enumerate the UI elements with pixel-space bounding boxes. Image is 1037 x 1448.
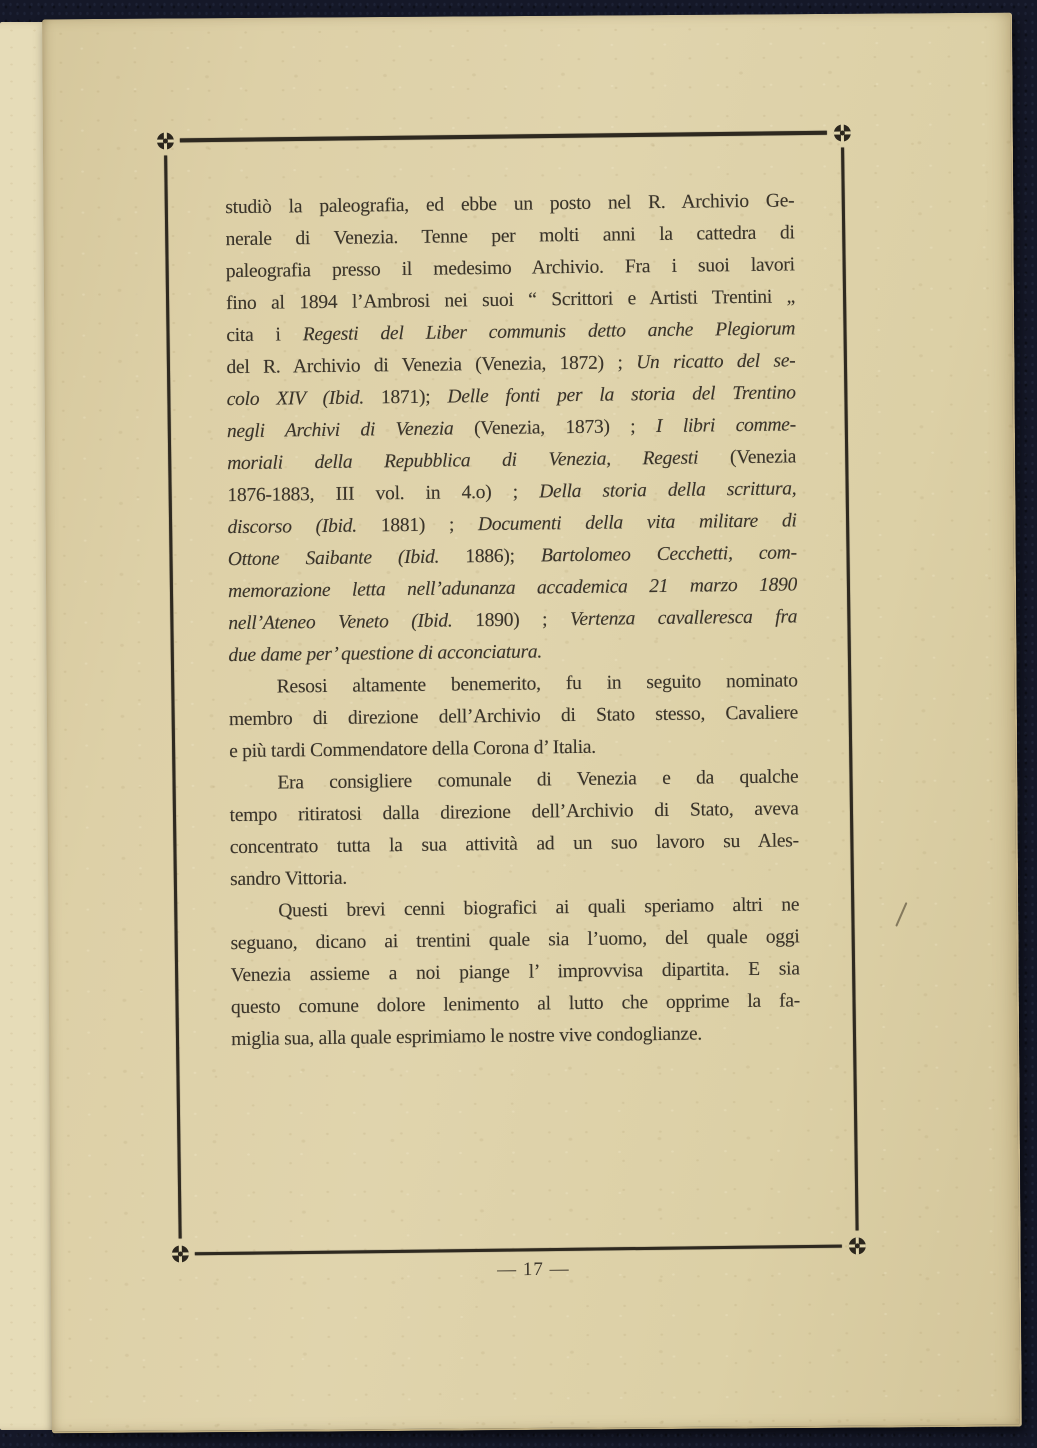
- text-segment: nerale di Venezia. Tenne per molti anni …: [226, 222, 795, 250]
- text-segment: 1886);: [439, 545, 541, 567]
- text-line: miglia sua, alla quale esprimiamo le nos…: [231, 1017, 800, 1056]
- text-segment: Era consigliere comunale di Venezia e da…: [277, 766, 798, 793]
- italic-text-segment: nell’Ateneo Veneto (Ibid.: [228, 610, 452, 634]
- italic-text-segment: Ottone Saibante (Ibid.: [228, 547, 440, 571]
- italic-text-segment: due dame per’ questione di acconciatura.: [228, 641, 542, 666]
- text-segment: miglia sua, alla quale esprimiamo le nos…: [231, 1024, 702, 1051]
- italic-text-segment: Documenti della vita militare di: [478, 510, 797, 535]
- text-line: concentrato tutta la sua attività ad un …: [230, 825, 799, 864]
- text-segment: Questi brevi cenni biografici ai quali s…: [278, 894, 799, 921]
- text-segment: membro di direzione dell’Archivio di Sta…: [229, 702, 798, 730]
- text-segment: studiò la paleografia, ed ebbe un posto …: [225, 190, 794, 218]
- text-segment: Resosi altamente benemerito, fu in segui…: [277, 670, 798, 697]
- text-segment: tempo ritiratosi dalla direzione dell’Ar…: [230, 798, 799, 826]
- text-segment: e più tardi Commendatore della Corona d’…: [229, 737, 596, 762]
- body-paragraph: Era consigliere comunale di Venezia e da…: [229, 761, 799, 896]
- text-segment: seguano, dicano ai trentini quale sia l’…: [230, 926, 799, 954]
- italic-text-segment: Bartolomeo Cecchetti, com-: [541, 542, 797, 566]
- italic-text-segment: discorso (Ibid.: [228, 516, 357, 539]
- text-segment: (Venezia: [698, 446, 796, 468]
- text-segment: cita i: [226, 324, 303, 346]
- italic-text-segment: Regesti del Liber communis detto anche P…: [303, 318, 796, 345]
- corner-rosette-icon: [156, 132, 173, 149]
- page-number: — 17 —: [173, 1255, 872, 1285]
- text-segment: 1876-1883, III vol. in 4.o) ;: [227, 481, 539, 506]
- corner-rosette-icon: [833, 124, 850, 141]
- italic-text-segment: negli Archivi di Venezia: [227, 418, 454, 442]
- italic-text-segment: memorazione letta nell’adunanza accademi…: [228, 574, 797, 602]
- text-segment: concentrato tutta la sua attività ad un …: [230, 830, 799, 858]
- stray-mark: [895, 902, 907, 927]
- text-block: studiò la paleografia, ed ebbe un posto …: [225, 185, 800, 1056]
- italic-text-segment: moriali della Repubblica di Venezia, Reg…: [227, 448, 698, 475]
- body-paragraph: studiò la paleografia, ed ebbe un posto …: [225, 185, 797, 672]
- corner-rosette-icon: [171, 1245, 188, 1262]
- text-line: membro di direzione dell’Archivio di Sta…: [229, 697, 798, 736]
- italic-text-segment: I libri comme-: [656, 414, 796, 437]
- text-segment: 1881) ;: [357, 514, 478, 536]
- frame-rule-top: [180, 131, 827, 142]
- text-segment: fino al 1894 l’Ambrosi nei suoi “ Scritt…: [226, 286, 795, 314]
- text-line: questo comune dolore lenimento al lutto …: [231, 985, 800, 1024]
- italic-text-segment: Vertenza cavalleresca fra: [570, 606, 797, 630]
- text-segment: (Venezia, 1873) ;: [453, 416, 656, 439]
- book-page: studiò la paleografia, ed ebbe un posto …: [42, 13, 1022, 1434]
- text-segment: paleografia presso il medesimo Archivio.…: [226, 254, 795, 282]
- frame-rule-left: [164, 156, 182, 1239]
- corner-rosette-icon: [848, 1237, 865, 1254]
- text-line: nell’Ateneo Veneto (Ibid. 1890) ; Verten…: [228, 601, 797, 640]
- italic-text-segment: Della storia della scrittura,: [539, 478, 796, 502]
- scanned-book-photo: studiò la paleografia, ed ebbe un posto …: [0, 0, 1037, 1448]
- frame-rule-bottom: [195, 1244, 842, 1255]
- frame-rule-right: [841, 147, 859, 1230]
- text-segment: sandro Vittoria.: [230, 868, 347, 890]
- text-segment: 1890) ;: [452, 609, 570, 631]
- italic-text-segment: Delle fonti per la storia del Trentino: [447, 382, 795, 407]
- text-segment: questo comune dolore lenimento al lutto …: [231, 990, 800, 1018]
- text-segment: 1871);: [364, 387, 448, 409]
- italic-text-segment: colo XIV (Ibid.: [227, 387, 364, 410]
- text-segment: del R. Archivio di Venezia (Venezia, 187…: [226, 352, 636, 378]
- body-paragraph: Resosi altamente benemerito, fu in segui…: [229, 665, 799, 768]
- body-paragraph: Questi brevi cenni biografici ai quali s…: [230, 889, 800, 1056]
- italic-text-segment: Un ricatto del se-: [636, 350, 795, 373]
- text-segment: Venezia assieme a noi piange l’ improvvi…: [231, 958, 800, 986]
